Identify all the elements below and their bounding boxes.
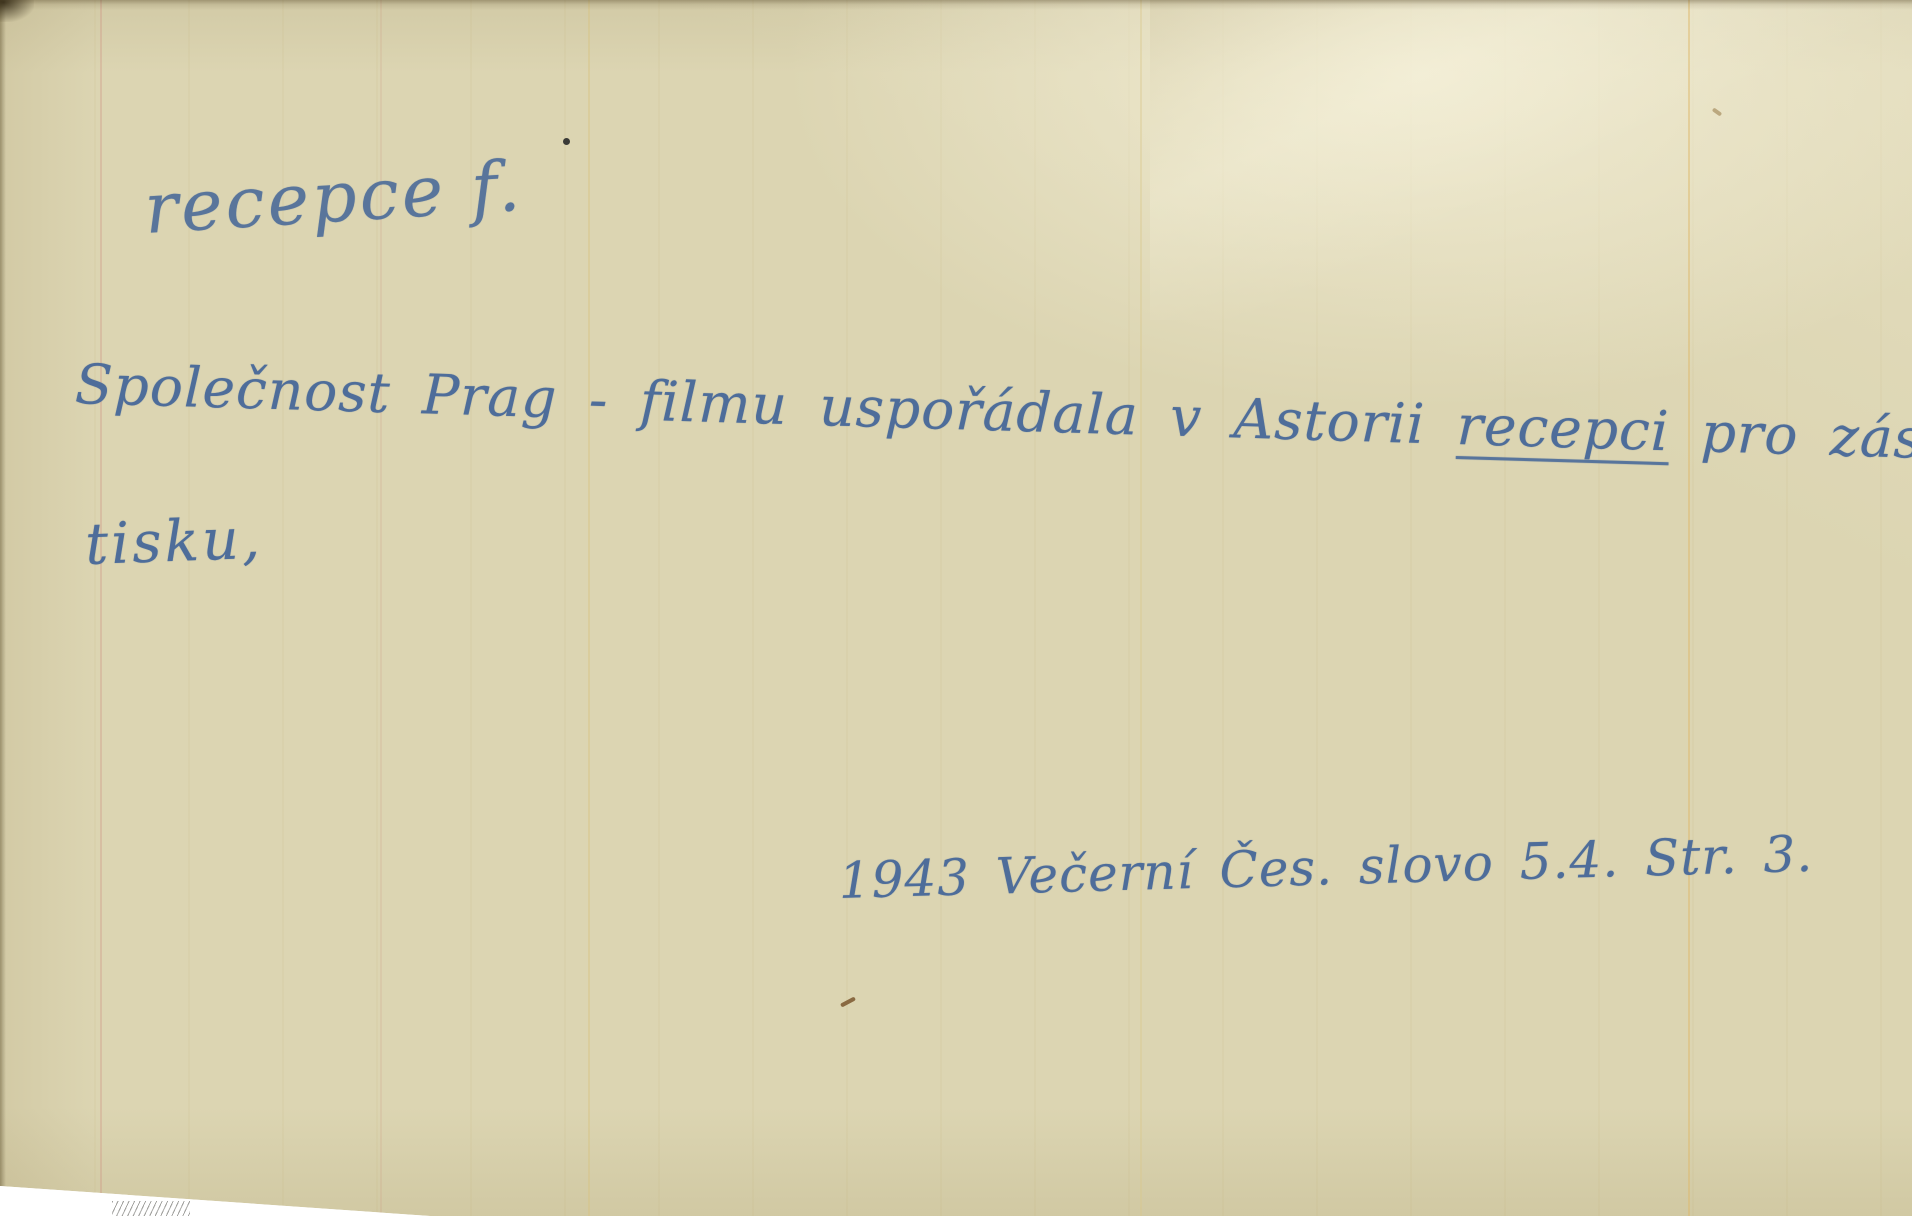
scanned-card: recepce f. Společnost Prag - filmu uspoř… bbox=[0, 0, 1912, 1216]
paper-crease-line bbox=[100, 0, 102, 1216]
paper-corner-mark bbox=[0, 0, 34, 22]
paper-crease-line bbox=[1688, 0, 1690, 1216]
paper-left-edge-shadow bbox=[0, 0, 6, 1216]
paper-crease-line bbox=[588, 0, 590, 1216]
paper-top-edge-shadow bbox=[0, 0, 1912, 10]
paper-background: recepce f. Společnost Prag - filmu uspoř… bbox=[0, 0, 1912, 1216]
note-body-line-2: tisku, bbox=[84, 506, 264, 578]
paper-crease-top-right bbox=[1150, 0, 1912, 320]
underlined-word: recepci bbox=[1456, 393, 1671, 463]
pencil-hatch-marks bbox=[112, 1201, 190, 1216]
body-text-post: pro zástupce bbox=[1669, 399, 1912, 475]
paper-crease-line bbox=[1140, 0, 1142, 1216]
paper-speck bbox=[563, 138, 570, 145]
